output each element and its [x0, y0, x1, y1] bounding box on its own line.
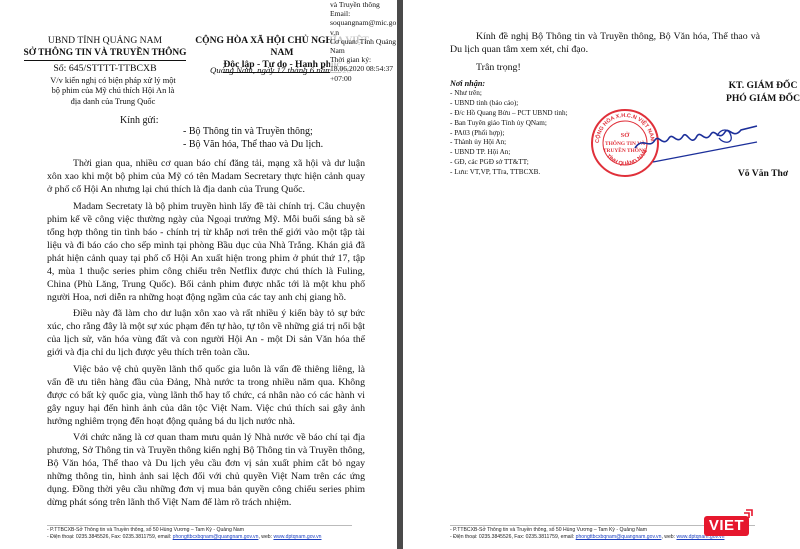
- distribution-item: - UBND tỉnh (báo cáo);: [450, 99, 568, 109]
- footer-address: - P.TTBCXB-Sở Thông tin và Truyền thông,…: [450, 527, 725, 534]
- distribution-item: - PA03 (Phối hợp);: [450, 129, 568, 139]
- distribution-item: - Như trên;: [450, 89, 568, 99]
- recipients: - Bộ Thông tin và Truyền thông; - Bộ Văn…: [183, 126, 323, 151]
- paragraph: Việc bảo vệ chủ quyền lãnh thổ quốc gia …: [47, 363, 365, 428]
- svg-text:SỞ: SỞ: [621, 131, 631, 139]
- closing-greeting: Trân trọng!: [450, 61, 760, 74]
- logo-arrow-icon: [743, 509, 753, 519]
- signing-authority: KT. GIÁM ĐỐC PHÓ GIÁM ĐỐC: [708, 80, 800, 105]
- signer-agency-cont: Nam: [330, 46, 397, 55]
- document-page-1: UBND TỈNH QUẢNG NAM SỞ THÔNG TIN VÀ TRUY…: [0, 0, 397, 549]
- salutation: Kính gửi:: [120, 115, 158, 126]
- province-name: UBND TỈNH QUẢNG NAM: [20, 35, 190, 47]
- document-page-2: Kính đề nghị Bộ Thông tin và Truyền thôn…: [403, 0, 800, 549]
- paragraph: Kính đề nghị Bộ Thông tin và Truyền thôn…: [450, 30, 760, 56]
- footer-rule: [47, 525, 352, 526]
- paragraph: Với chức năng là cơ quan tham mưu quản l…: [47, 431, 365, 509]
- signer-org: và Truyền thông: [330, 0, 397, 9]
- distribution-item: - Thành ủy Hội An;: [450, 138, 568, 148]
- signing-subtitle: PHÓ GIÁM ĐỐC: [708, 93, 800, 106]
- footer-web-label: , web:: [661, 534, 676, 540]
- recipient: - Bộ Văn hóa, Thể thao và Du lịch.: [183, 139, 323, 152]
- footer-address: - P.TTBCXB-Sở Thông tin và Truyền thông,…: [47, 527, 322, 534]
- footer-web-link[interactable]: www.dptqnam.gov.vn: [273, 534, 321, 540]
- footer-email-link[interactable]: phongttbcxbqnam@quangnam.gov.vn: [576, 534, 662, 540]
- distribution-item: - Ban Tuyên giáo Tỉnh ủy QNam;: [450, 119, 568, 129]
- paragraph: Madam Secretaty là bộ phim truyền hình l…: [47, 200, 365, 304]
- footer-phone: - Điện thoại: 0235.3845526, Fax: 0235.38…: [450, 534, 576, 540]
- handwritten-signature-icon: [633, 118, 763, 168]
- digital-signature-info: và Truyền thông Email: soquangnam@mic.go…: [330, 0, 397, 83]
- paragraph: Thời gian qua, nhiều cơ quan báo chí đăn…: [47, 157, 365, 196]
- footer-contact: - Điện thoại: 0235.3845526, Fax: 0235.38…: [47, 534, 322, 541]
- document-number: Số: 645/STTTT-TTBCXB: [20, 63, 190, 74]
- signer-name: Võ Văn Thơ: [708, 168, 800, 179]
- distribution-item: - Lưu: VT,VP, TTra, TTBCXB.: [450, 168, 568, 178]
- sign-time-label: Thời gian ký:: [330, 55, 397, 64]
- recipient: - Bộ Thông tin và Truyền thông;: [183, 126, 323, 139]
- distribution-item: - Đ/c Hồ Quang Bửu – PCT UBND tỉnh;: [450, 109, 568, 119]
- page-footer: - P.TTBCXB-Sở Thông tin và Truyền thông,…: [450, 527, 725, 541]
- page-footer: - P.TTBCXB-Sở Thông tin và Truyền thông,…: [47, 527, 322, 541]
- issuing-agency: UBND TỈNH QUẢNG NAM SỞ THÔNG TIN VÀ TRUY…: [20, 35, 190, 61]
- viet-logo: VIET: [704, 516, 749, 536]
- footer-web-label: , web:: [258, 534, 273, 540]
- signing-title: KT. GIÁM ĐỐC: [708, 80, 800, 93]
- closing-body: Kính đề nghị Bộ Thông tin và Truyền thôn…: [450, 30, 760, 79]
- sign-timezone: +07:00: [330, 74, 397, 83]
- paragraph: Điều này đã làm cho dư luận xôn xao và r…: [47, 307, 365, 359]
- footer-email-link[interactable]: phongttbcxbqnam@quangnam.gov.vn: [173, 534, 259, 540]
- distribution-item: - GĐ, các PGĐ sở TT&TT;: [450, 158, 568, 168]
- distribution-item: - UBND TP. Hội An;: [450, 148, 568, 158]
- signer-agency: Cơ quan: Tỉnh Quảng: [330, 37, 397, 46]
- letter-body: Thời gian qua, nhiều cơ quan báo chí đăn…: [47, 157, 365, 513]
- distribution-list: Nơi nhận: - Như trên; - UBND tỉnh (báo c…: [450, 79, 568, 178]
- sign-time: 18.06.2020 08:54:37: [330, 64, 397, 73]
- email-label: Email:: [330, 9, 397, 18]
- signer-email: soquangnam@mic.gov.n: [330, 18, 397, 36]
- footer-contact: - Điện thoại: 0235.3845526, Fax: 0235.38…: [450, 534, 725, 541]
- footer-phone: - Điện thoại: 0235.3845526, Fax: 0235.38…: [47, 534, 173, 540]
- distribution-title: Nơi nhận:: [450, 79, 568, 89]
- department-name: SỞ THÔNG TIN VÀ TRUYỀN THÔNG: [24, 47, 187, 61]
- document-subject: V/v kiến nghị có biện pháp xử lý một bộ …: [48, 76, 178, 107]
